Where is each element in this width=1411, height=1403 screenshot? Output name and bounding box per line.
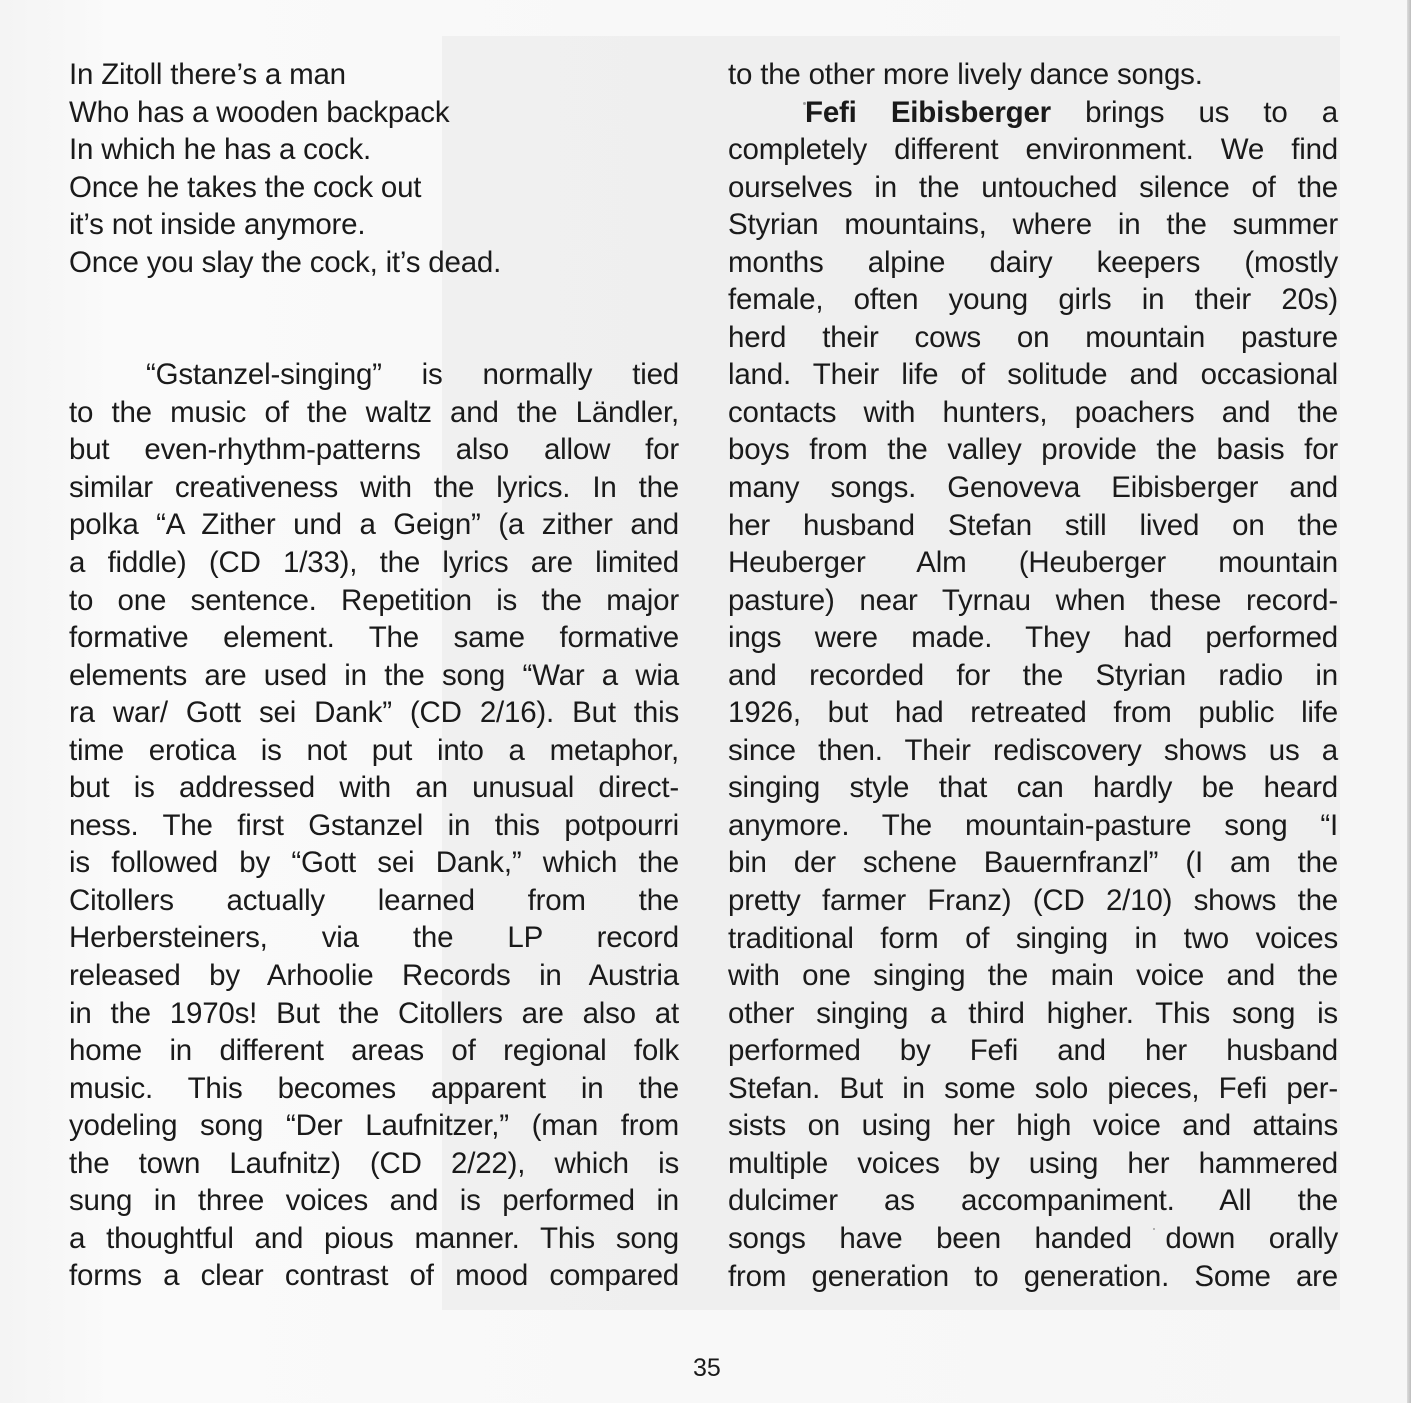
text-line: and recorded for the Styrian radio in [728,657,1338,695]
text-line: but even-rhythm-patterns also allow for [69,431,679,469]
text-line: female, often young girls in their 20s) [728,281,1338,319]
text-line: bin der schene Bauernfranzl” (I am the [728,844,1338,882]
text-line-lead: Fefi Eibisberger brings us to a [728,94,1338,132]
text-line: months alpine dairy keepers (mostly [728,244,1338,282]
poem-line: Who has a wooden backpack [69,94,679,132]
text-line: home in different areas of regional folk [69,1032,679,1070]
text-line: but is addressed with an unusual direct- [69,769,679,807]
text-line: similar creativeness with the lyrics. In… [69,469,679,507]
page-edge [1407,0,1411,1403]
text-line: multiple voices by using her hammered [728,1145,1338,1183]
poem-line: Once he takes the cock out [69,169,679,207]
text-line: music. This becomes apparent in the [69,1070,679,1108]
text-line: released by Arhoolie Records in Austria [69,957,679,995]
text-line: Styrian mountains, where in the summer [728,206,1338,244]
page-number: 35 [693,1354,721,1383]
poem-block: In Zitoll there’s a man Who has a wooden… [69,56,679,281]
text-line: performed by Fefi and her husband [728,1032,1338,1070]
poem-line: In Zitoll there’s a man [69,56,679,94]
text-line: songs have been handed down orally [728,1220,1338,1258]
text-line: pasture) near Tyrnau when these record- [728,582,1338,620]
paragraph-gap [69,281,679,356]
text-line: anymore. The mountain-pasture song “I [728,807,1338,845]
text-line: singing style that can hardly be heard [728,769,1338,807]
text-line: Stefan. But in some solo pieces, Fefi pe… [728,1070,1338,1108]
text-line: a thoughtful and pious manner. This song [69,1220,679,1258]
text-line: ings were made. They had performed [728,619,1338,657]
text-line: the town Laufnitz) (CD 2/22), which is [69,1145,679,1183]
text-line: since then. Their rediscovery shows us a [728,732,1338,770]
text-line: herd their cows on mountain pasture [728,319,1338,357]
right-column: to the other more lively dance songs. Fe… [728,56,1338,1295]
lead-text: brings us to a [1085,96,1338,129]
text-line: sung in three voices and is performed in [69,1182,679,1220]
text-line: elements are used in the song “War a wia [69,657,679,695]
text-line: in the 1970s! But the Citollers are also… [69,995,679,1033]
poem-line: Once you slay the cock, it’s dead. [69,244,679,282]
text-line: with one singing the main voice and the [728,957,1338,995]
text-line: ra war/ Gott sei Dank” (CD 2/16). But th… [69,694,679,732]
poem-line: In which he has a cock. [69,131,679,169]
text-line: polka “A Zither und a Geign” (a zither a… [69,506,679,544]
text-line: time erotica is not put into a metaphor, [69,732,679,770]
text-line: land. Their life of solitude and occasio… [728,356,1338,394]
paragraph-gstanzel: “Gstanzel-singing” is normally tied to t… [69,356,679,1295]
text-line: boys from the valley provide the basis f… [728,431,1338,469]
text-line: completely different environment. We fin… [728,131,1338,169]
text-line: traditional form of singing in two voice… [728,920,1338,958]
text-line: to the other more lively dance songs. [728,56,1338,94]
text-line: yodeling song “Der Laufnitzer,” (man fro… [69,1107,679,1145]
text-line: to one sentence. Repetition is the major [69,582,679,620]
scanned-page: In Zitoll there’s a man Who has a wooden… [0,0,1411,1403]
text-line: dulcimer as accompaniment. All the [728,1182,1338,1220]
performer-name: Fefi Eibisberger [805,96,1051,129]
text-line: formative element. The same formative [69,619,679,657]
text-line: “Gstanzel-singing” is normally tied [69,356,679,394]
text-line: contacts with hunters, poachers and the [728,394,1338,432]
text-line: to the music of the waltz and the Ländle… [69,394,679,432]
text-line: forms a clear contrast of mood compared [69,1257,679,1295]
text-line: other singing a third higher. This song … [728,995,1338,1033]
text-line: pretty farmer Franz) (CD 2/10) shows the [728,882,1338,920]
text-line: is followed by “Gott sei Dank,” which th… [69,844,679,882]
text-line: her husband Stefan still lived on the [728,507,1338,545]
text-line: from generation to generation. Some are [728,1258,1338,1296]
text-line: 1926, but had retreated from public life [728,694,1338,732]
left-column: In Zitoll there’s a man Who has a wooden… [69,56,679,1295]
text-line: Herbersteiners, via the LP record [69,919,679,957]
text-line: ourselves in the untouched silence of th… [728,169,1338,207]
poem-line: it’s not inside anymore. [69,206,679,244]
text-line: Heuberger Alm (Heuberger mountain [728,544,1338,582]
text-line: ness. The first Gstanzel in this potpour… [69,807,679,845]
paragraph-eibisberger: Fefi Eibisberger brings us to a complete… [728,94,1338,1296]
text-line: Citollers actually learned from the [69,882,679,920]
text-line: many songs. Genoveva Eibisberger and [728,469,1338,507]
text-line: a fiddle) (CD 1/33), the lyrics are limi… [69,544,679,582]
text-line: sists on using her high voice and attain… [728,1107,1338,1145]
